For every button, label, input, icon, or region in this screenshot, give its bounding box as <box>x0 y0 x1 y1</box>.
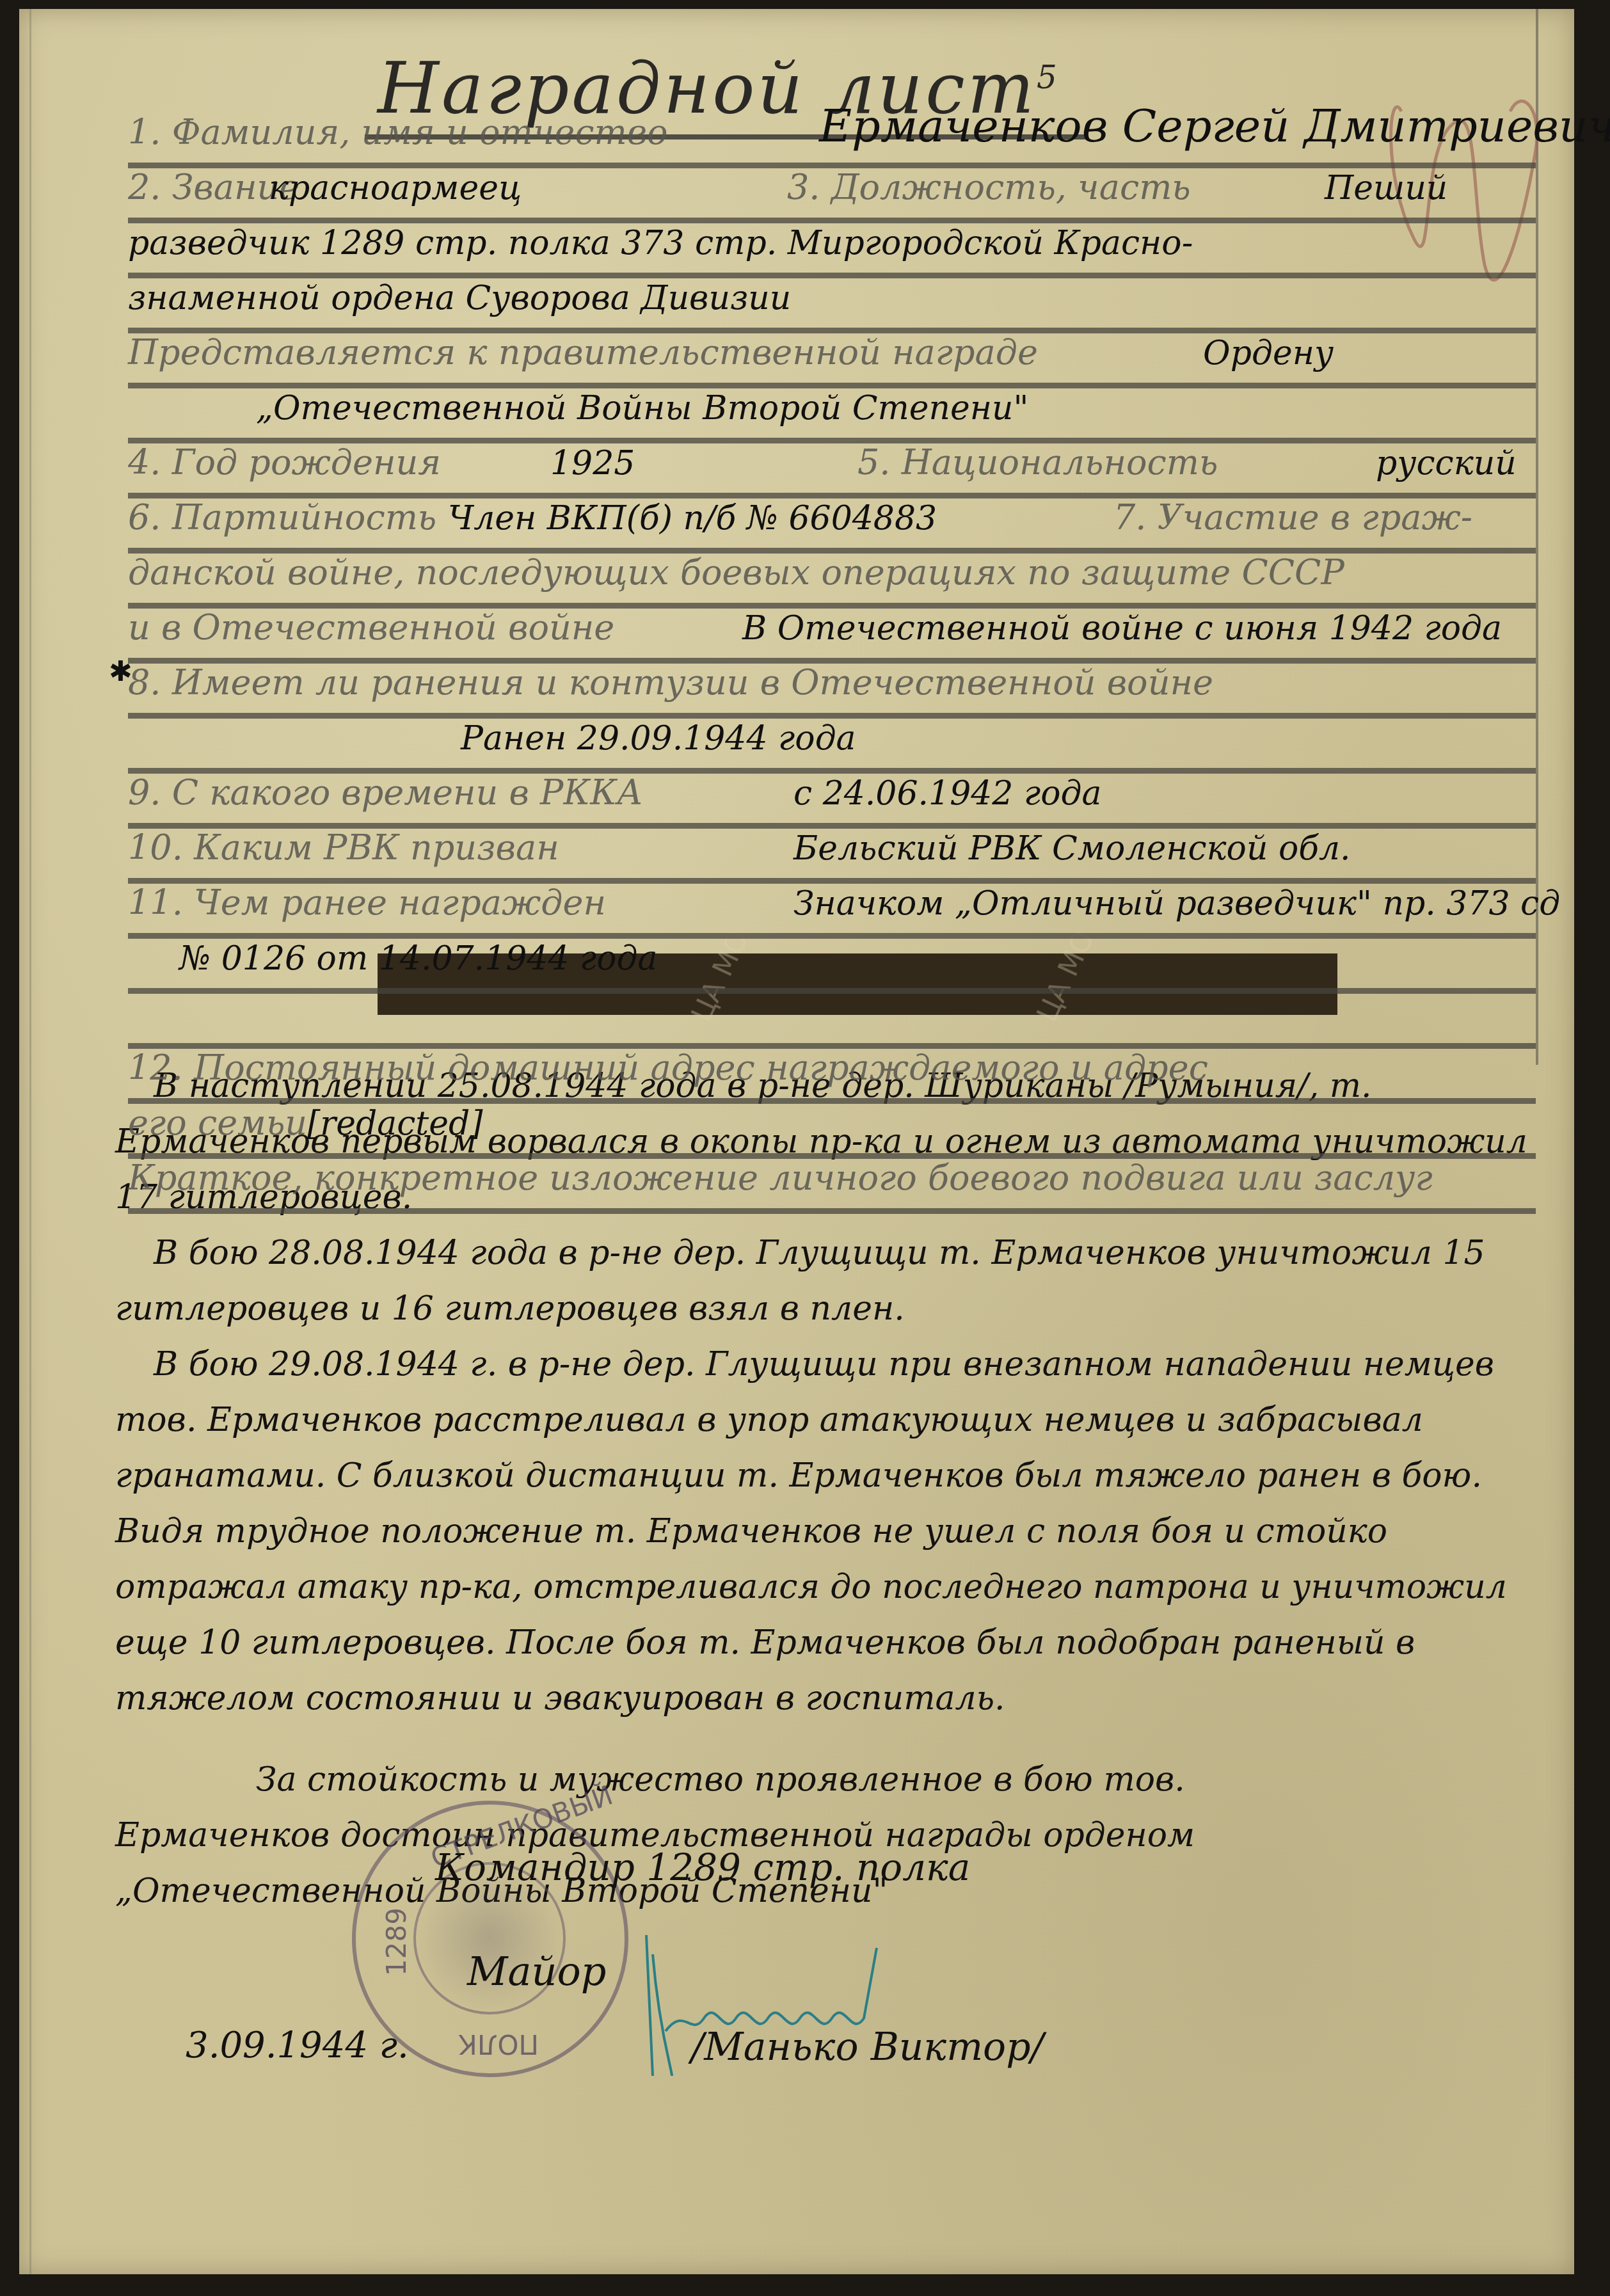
form-label: 10. Каким РВК призван <box>128 827 559 868</box>
award-sheet: Наградной лист5 ЦА МО ЦА МО ✱ В наступле… <box>19 9 1574 2274</box>
form-value: Значком „Отличный разведчик" пр. 373 сд <box>793 884 1560 923</box>
narrative-paragraph: В бою 28.08.1944 года в р-не дер. Глущищ… <box>115 1225 1536 1337</box>
form-label: 8. Имеет ли ранения и контузии в Отечест… <box>128 662 1213 703</box>
form-label: Краткое, конкретное изложение личного бо… <box>128 1158 1433 1198</box>
form-value: Ермаченков Сергей Дмитриевич <box>819 100 1610 152</box>
form-label: 4. Год рождения <box>128 442 441 482</box>
form-row: и в Отечественной войнеВ Отечественной в… <box>128 598 1504 657</box>
form-label: 6. Партийность <box>128 497 436 538</box>
form-value: Ордену <box>1203 334 1334 372</box>
form-label: его семьи <box>128 1103 307 1143</box>
form-row: знаменной ордена Суворова Дивизии <box>128 267 1504 326</box>
form-value: Ранен 29.09.1944 года <box>461 719 856 758</box>
form-label: Представляется к правительственной награ… <box>128 332 1038 372</box>
form-value: [redacted] <box>307 1104 483 1143</box>
form-label: 1. Фамилия, имя и отчество <box>128 112 668 152</box>
form-row: 12. Постоянный домашний адрес награждаем… <box>128 1038 1504 1097</box>
form-value: В Отечественной войне с июня 1942 года <box>742 609 1502 648</box>
form-row: его семьи[redacted] <box>128 1093 1504 1152</box>
form-value: Бельский РВК Смоленской обл. <box>793 829 1351 868</box>
form-label: 3. Должность, часть <box>787 167 1191 207</box>
form-row: „Отечественной Войны Второй Степени" <box>128 378 1504 436</box>
form-rule-line <box>128 1208 1536 1214</box>
commander-name: /Манько Виктор/ <box>691 2025 1044 2069</box>
form-row: Краткое, конкретное изложение личного бо… <box>128 1148 1504 1207</box>
form-row: данской войне, последующих боевых операц… <box>128 543 1504 602</box>
form-label: 12. Постоянный домашний адрес награждаем… <box>128 1048 1208 1088</box>
form-row: Представляется к правительственной награ… <box>128 323 1504 381</box>
form-label: 11. Чем ранее награжден <box>128 882 606 923</box>
form-row: 9. С какого времени в РККАс 24.06.1942 г… <box>128 763 1504 822</box>
form-row: № 0126 от 14.07.1944 года <box>128 928 1504 987</box>
signature-date: 3.09.1944 г. <box>186 2025 409 2066</box>
form-label: данской войне, последующих боевых операц… <box>128 552 1344 593</box>
form-row: Ранен 29.09.1944 года <box>128 708 1504 767</box>
narrative-paragraph: В бою 29.08.1944 г. в р-не дер. Глущищи … <box>115 1337 1536 1726</box>
form-value: 1925 <box>550 444 635 482</box>
form-row: 10. Каким РВК призванБельский РВК Смолен… <box>128 818 1504 877</box>
form-label: 5. Национальность <box>857 442 1218 482</box>
form-value: Член ВКП(б) п/б № 6604883 <box>448 499 937 538</box>
form-label: и в Отечественной войне <box>128 607 614 648</box>
commander-rank: Майор <box>467 1948 606 1995</box>
form-row: разведчик 1289 стр. полка 373 стр. Мирго… <box>128 212 1504 271</box>
form-value: Пеший <box>1325 169 1447 207</box>
form-value: разведчик 1289 стр. полка 373 стр. Мирго… <box>128 224 1193 262</box>
form-value: № 0126 от 14.07.1944 года <box>179 939 658 978</box>
form-value: красноармеец <box>269 169 522 207</box>
commander-position: Командир 1289 стр. полка <box>435 1846 970 1889</box>
form-row: 1. Фамилия, имя и отчествоЕрмаченков Сер… <box>128 102 1504 161</box>
conclusion-line: За стойкость и мужество проявленное в бо… <box>115 1752 1536 1808</box>
form-row: 4. Год рождения19255. Национальностьрусс… <box>128 433 1504 491</box>
form-label: 7. Участие в граж- <box>1113 497 1472 538</box>
form-row: 2. Званиекрасноармеец3. Должность, часть… <box>128 157 1504 216</box>
form-label: 9. С какого времени в РККА <box>128 772 643 813</box>
form-row: 11. Чем ранее награжденЗначком „Отличный… <box>128 873 1504 932</box>
form-value: „Отечественной Войны Второй Степени" <box>256 389 1028 427</box>
form-value: русский <box>1376 444 1517 482</box>
form-row: 6. ПартийностьЧлен ВКП(б) п/б № 66048837… <box>128 488 1504 546</box>
form-value: знаменной ордена Суворова Дивизии <box>128 279 791 317</box>
margin-line-left <box>29 9 31 2274</box>
form-row <box>128 983 1504 1042</box>
form-value: с 24.06.1942 года <box>793 774 1101 813</box>
form-row: 8. Имеет ли ранения и контузии в Отечест… <box>128 653 1504 712</box>
